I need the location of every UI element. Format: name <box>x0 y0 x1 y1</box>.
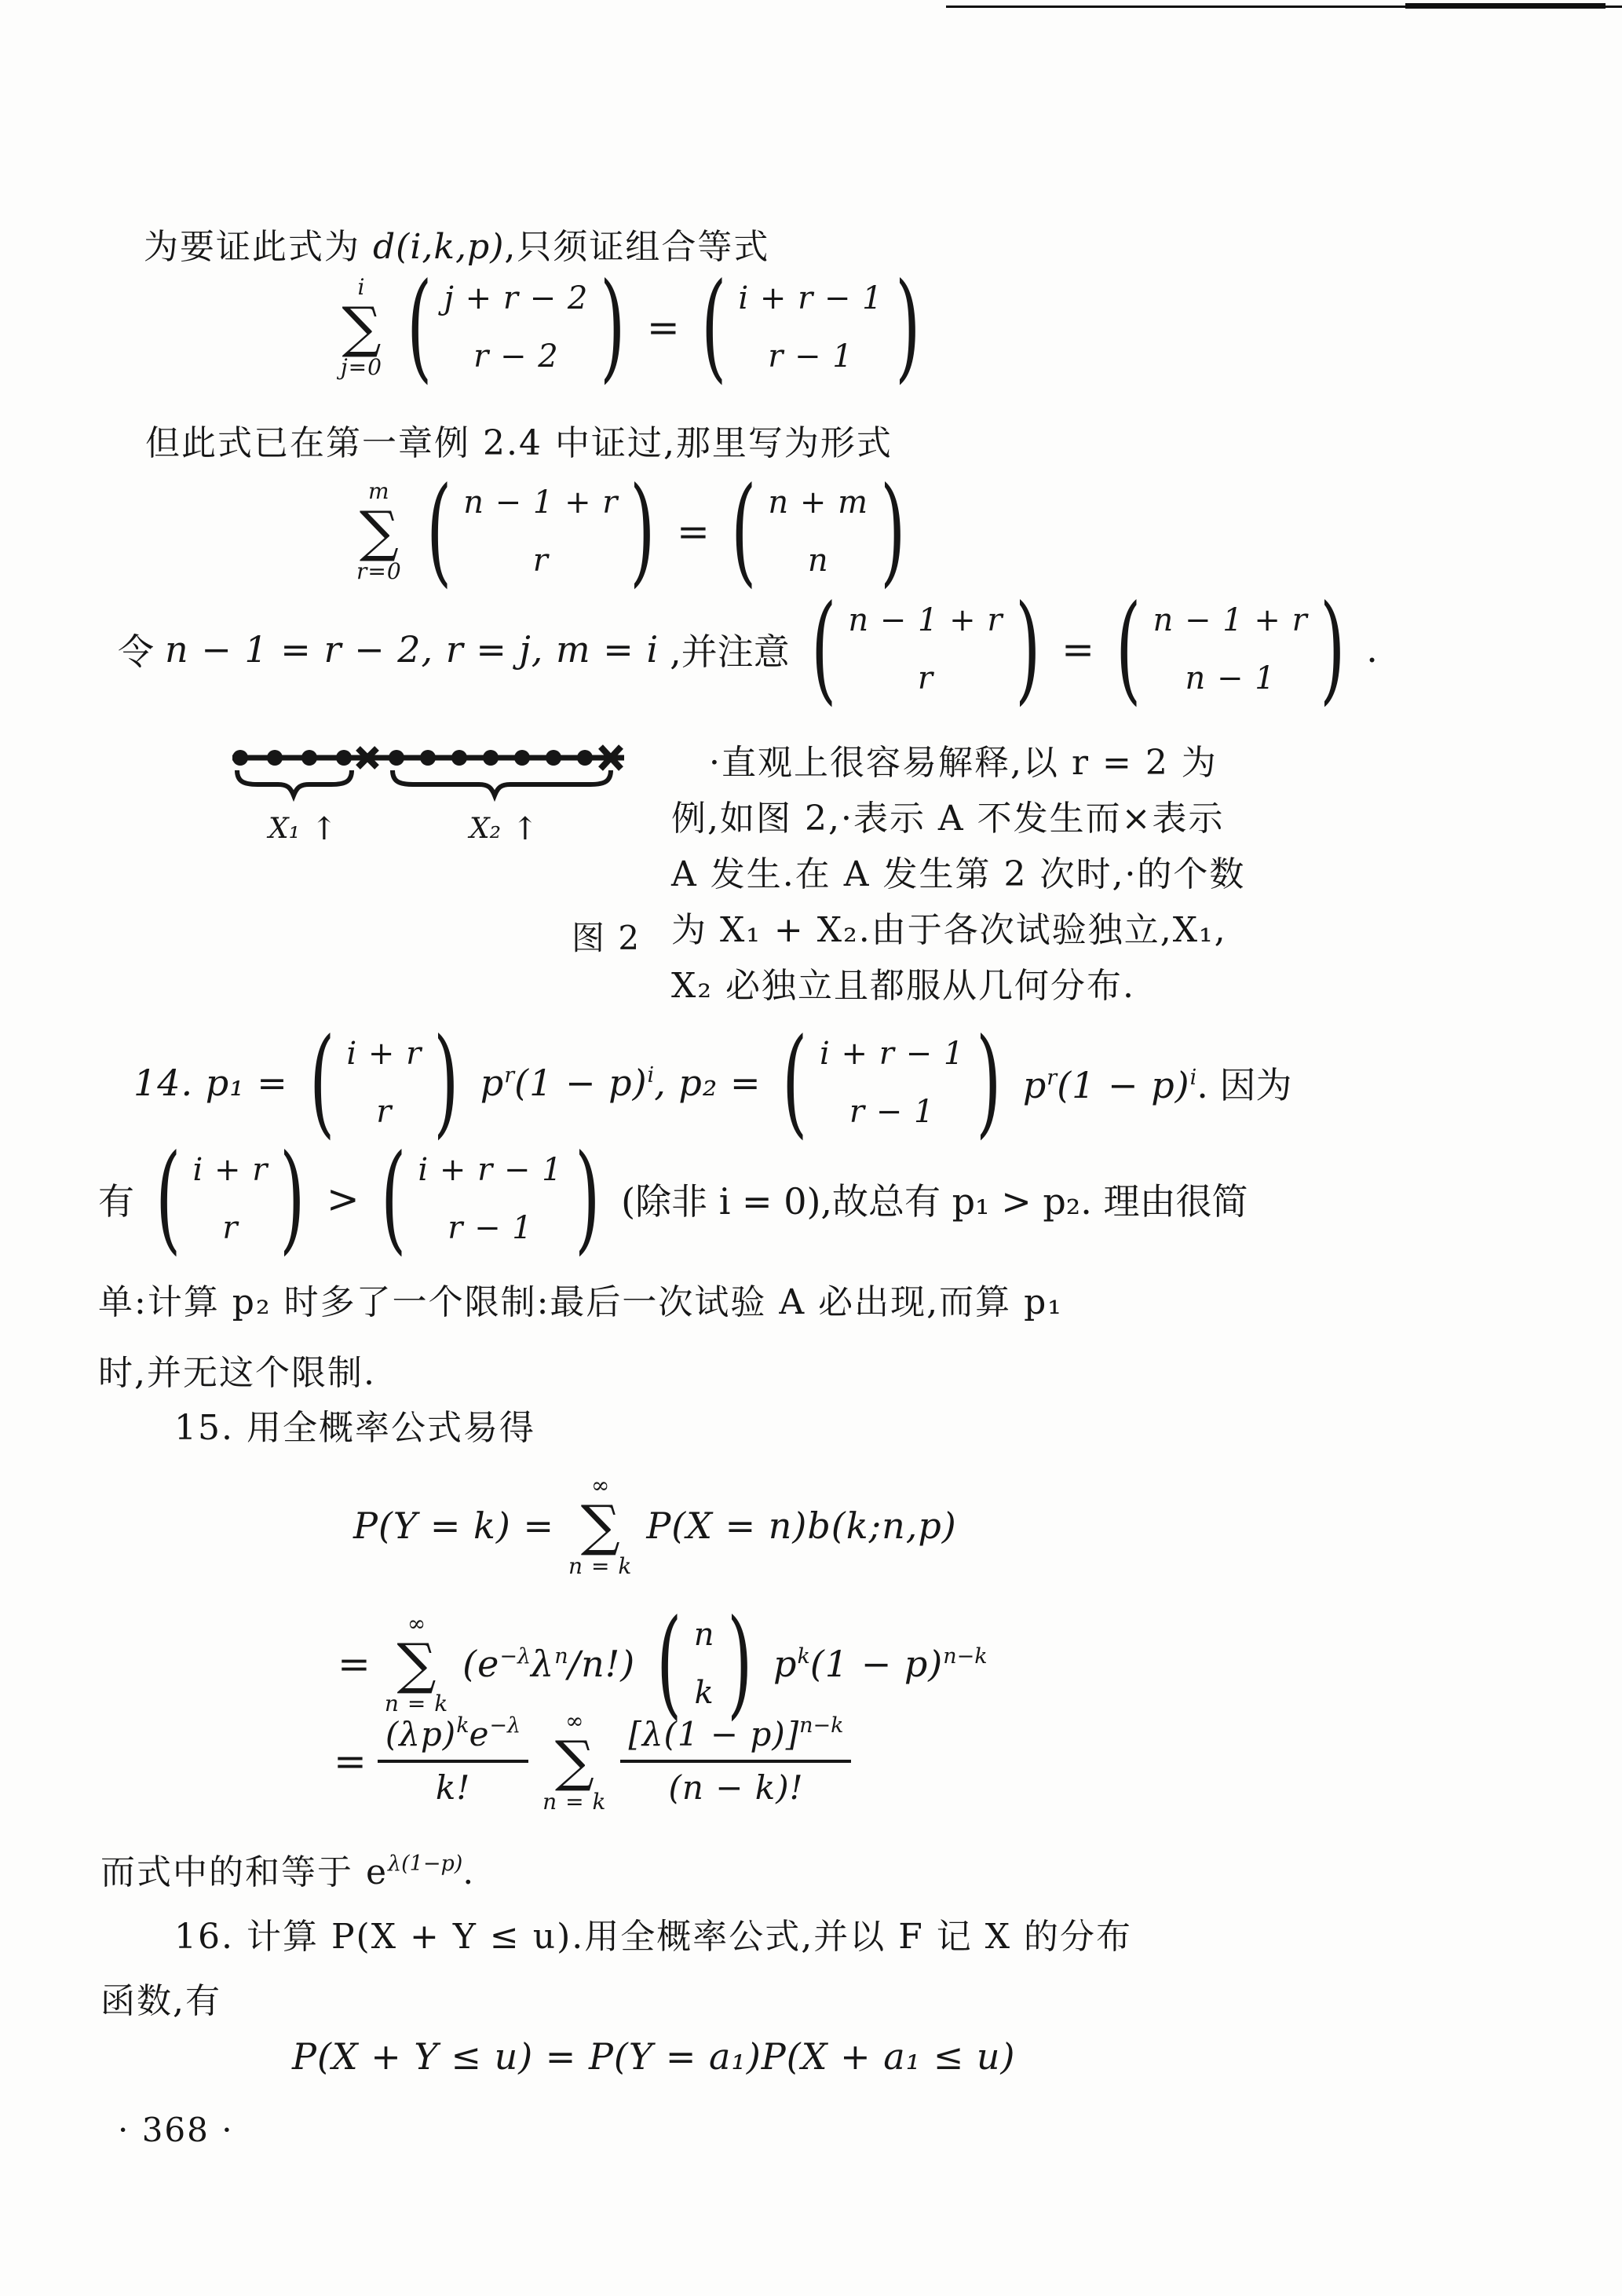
text: (除非 i = 0),故总有 p₁ > p₂. 理由很简 <box>621 1173 1248 1225</box>
math-text: P(X = n)b(k;n,p) <box>646 1504 956 1547</box>
fraction-numerator: [λ(1 − p)]n−k <box>620 1716 851 1753</box>
text: 为要证此式为 <box>144 227 373 267</box>
binomial-top: n − 1 + r <box>1153 605 1308 636</box>
math-text: p <box>480 1062 504 1104</box>
summation: ∞ ∑ n = k <box>385 1613 448 1716</box>
up-arrow-icon: ↑ <box>311 811 338 847</box>
math-text: , p₂ = <box>654 1062 761 1104</box>
binomial-bottom: k <box>694 1677 714 1709</box>
fraction-numerator: (λp)ke−λ <box>378 1716 528 1753</box>
text: ,并注意 <box>670 623 790 675</box>
equals-sign: = <box>1061 627 1094 672</box>
item-15-closing: 而式中的和等于 eλ(1−p). <box>100 1844 475 1894</box>
binomial-coefficient: ( j + r − 2r − 2 ) <box>396 265 636 389</box>
math-text: P(Y = k) = <box>353 1504 554 1547</box>
math-chunk: pr(1 − p)i. 因为 <box>1023 1057 1292 1109</box>
text: 而式中的和等于 e <box>100 1852 388 1892</box>
text: 15. 用全概率公式易得 <box>174 1408 535 1448</box>
text: . 因为 <box>1196 1064 1291 1106</box>
text-line: 为 X₁ + X₂.由于各次试验独立,X₁, <box>671 902 1245 958</box>
item-14-line1: 14. p₁ = ( i + rr ) pr(1 − p)i, p₂ = ( i… <box>133 1021 1291 1145</box>
sum-lower-limit: n = k <box>542 1791 606 1813</box>
binomial-coefficient: ( i + r − 1r − 1 ) <box>371 1137 610 1261</box>
explanation-column: ·直观上很容易解释,以 r = 2 为 例,如图 2,·表示 A 不发生而×表示… <box>671 735 1245 1014</box>
binomial-bottom: r <box>222 1212 238 1244</box>
equals-sign: = <box>334 1738 367 1784</box>
left-paren-icon: ( <box>783 1021 808 1145</box>
binomial-coefficient: ( n − 1 + rr ) <box>801 587 1050 711</box>
superscript: −λ <box>489 1713 521 1738</box>
math-text: /n!) <box>568 1643 636 1685</box>
math-text: p <box>773 1643 797 1685</box>
superscript: n−k <box>943 1644 987 1669</box>
item-16-line1: 16. 计算 P(X + Y ≤ u).用全概率公式,并以 F 记 X 的分布 <box>174 1908 1132 1958</box>
summation: i ∑ j=0 <box>341 276 382 379</box>
underbrace-x1 <box>237 770 352 795</box>
math-chunk: pr(1 − p)i, p₂ = <box>480 1062 762 1104</box>
page-number: · 368 · <box>118 2111 234 2149</box>
math-text: (1 − p) <box>514 1062 647 1104</box>
superscript: r <box>1047 1066 1057 1090</box>
binomial-bottom: r <box>533 545 549 576</box>
binomial-top: i + r − 1 <box>738 283 882 314</box>
right-paren-icon: ) <box>433 1021 458 1145</box>
binomial-top: n <box>694 1619 715 1651</box>
sigma-icon: ∑ <box>397 1638 437 1691</box>
superscript: n−k <box>799 1713 843 1738</box>
sum-lower-limit: n = k <box>568 1556 632 1578</box>
item-14-line3: 单:计算 p₂ 时多了一个限制:最后一次试验 A 必出现,而算 p₁ <box>98 1274 1063 1324</box>
math-chunk: (e−λλn/n!) <box>462 1643 635 1685</box>
left-paren-icon: ( <box>426 470 451 594</box>
item-14-line2: 有 ( i + rr ) > ( i + r − 1r − 1 ) (除非 i … <box>98 1137 1248 1261</box>
superscript: λ(1−p) <box>388 1852 462 1876</box>
left-paren-icon: ( <box>1116 587 1141 711</box>
formula-factored-sum: = (λp)ke−λ k! ∞ ∑ n = k [λ(1 − p)]n−k (n… <box>334 1710 851 1813</box>
binomial-bottom: r − 1 <box>448 1212 533 1244</box>
binomial-bottom: r <box>376 1096 392 1128</box>
text: 令 <box>118 623 154 675</box>
binomial-coefficient: ( nk ) <box>646 1602 762 1726</box>
scan-artifact-line <box>1405 3 1606 9</box>
text: 但此式已在第一章例 2.4 中证过,那里写为形式 <box>145 423 893 463</box>
item-16-line2: 函数,有 <box>100 1972 221 2023</box>
scanned-page: 为要证此式为 d(i,k,p),只须证组合等式 i ∑ j=0 ( j + r … <box>0 0 1622 2296</box>
text-line: ·直观上很容易解释,以 r = 2 为 <box>671 735 1245 791</box>
binomial-top: n − 1 + r <box>463 487 618 518</box>
math-text: (λp) <box>385 1715 456 1753</box>
math-text: d(i,k,p) <box>373 227 504 267</box>
paragraph-intro: 为要证此式为 d(i,k,p),只须证组合等式 <box>144 218 769 269</box>
binomial-coefficient: ( n − 1 + rr ) <box>416 470 666 594</box>
binomial-bottom: r − 1 <box>768 341 853 372</box>
equals-sign: = <box>677 509 710 554</box>
summation: ∞ ∑ n = k <box>542 1710 606 1813</box>
superscript: −λ <box>499 1644 531 1669</box>
fraction: [λ(1 − p)]n−k (n − k)! <box>620 1716 851 1808</box>
text: 函数,有 <box>100 1981 221 2021</box>
right-paren-icon: ) <box>1015 587 1040 711</box>
math-text: (1 − p) <box>810 1643 943 1685</box>
binomial-bottom: r − 2 <box>473 341 559 372</box>
right-paren-icon: ) <box>880 470 905 594</box>
text: 单:计算 p₂ 时多了一个限制:最后一次试验 A 必出现,而算 p₁ <box>98 1282 1063 1322</box>
math-text: e <box>469 1715 490 1753</box>
fraction-bar <box>378 1760 528 1763</box>
binomial-top: i + r <box>346 1038 422 1069</box>
math-text: [λ(1 − p)] <box>628 1715 799 1753</box>
text-line: 例,如图 2,·表示 A 不发生而×表示 <box>671 791 1245 846</box>
text: 时,并无这个限制. <box>98 1353 376 1393</box>
left-paren-icon: ( <box>811 587 836 711</box>
sigma-icon: ∑ <box>360 506 399 558</box>
fraction-denominator: (n − k)! <box>660 1769 811 1807</box>
fraction-bar <box>620 1760 851 1763</box>
item-14-line4: 时,并无这个限制. <box>98 1344 376 1395</box>
right-paren-icon: ) <box>280 1137 305 1261</box>
binomial-bottom: n <box>808 545 829 576</box>
item-15-heading: 15. 用全概率公式易得 <box>174 1399 535 1450</box>
formula-convolution: P(X + Y ≤ u) = P(Y = a₁)P(X + a₁ ≤ u) <box>292 2035 1015 2078</box>
text: . <box>462 1852 475 1892</box>
math-chunk: pk(1 − p)n−k <box>773 1643 988 1685</box>
sum-lower-limit: r=0 <box>356 561 402 583</box>
left-paren-icon: ( <box>381 1137 406 1261</box>
figure-caption: 图 2 <box>572 912 641 960</box>
superscript: i <box>648 1063 655 1088</box>
formula-combinatorial-identity: i ∑ j=0 ( j + r − 2r − 2 ) = ( i + r − 1… <box>338 265 930 389</box>
formula-rewritten-identity: m ∑ r=0 ( n − 1 + rr ) = ( n + mn ) <box>353 470 916 594</box>
binomial-coefficient: ( i + r − 1r − 1 ) <box>691 265 930 389</box>
summation: ∞ ∑ n = k <box>568 1475 632 1578</box>
right-paren-icon: ) <box>895 265 920 389</box>
equals-sign: = <box>647 305 680 350</box>
binomial-top: i + r − 1 <box>418 1154 562 1186</box>
binomial-top: n + m <box>768 487 868 518</box>
text: · 368 · <box>118 2111 234 2149</box>
formula-poisson-binomial: = ∞ ∑ n = k (e−λλn/n!) ( nk ) pk(1 − p)n… <box>338 1602 988 1726</box>
right-paren-icon: ) <box>575 1137 600 1261</box>
text-line: A 发生.在 A 发生第 2 次时,·的个数 <box>671 846 1245 902</box>
left-paren-icon: ( <box>155 1137 181 1261</box>
binomial-top: n − 1 + r <box>848 605 1003 636</box>
formula-total-probability: P(Y = k) = ∞ ∑ n = k P(X = n)b(k;n,p) <box>353 1475 957 1578</box>
figure-trials-diagram: X₁ ↑ X₂ ↑ <box>228 734 636 860</box>
superscript: k <box>797 1644 809 1669</box>
binomial-coefficient: ( n − 1 + rn − 1 ) <box>1105 587 1355 711</box>
text: 16. 计算 P(X + Y ≤ u).用全概率公式,并以 F 记 X 的分布 <box>174 1917 1132 1957</box>
right-paren-icon: ) <box>727 1602 752 1726</box>
left-paren-icon: ( <box>309 1021 334 1145</box>
sigma-icon: ∑ <box>342 302 381 354</box>
sigma-icon: ∑ <box>581 1500 620 1552</box>
binomial-coefficient: ( i + rr ) <box>299 1021 469 1145</box>
text: 有 <box>98 1173 134 1225</box>
left-paren-icon: ( <box>731 470 756 594</box>
right-paren-icon: ) <box>630 470 656 594</box>
right-paren-icon: ) <box>1320 587 1345 711</box>
left-paren-icon: ( <box>407 265 432 389</box>
text-line: X₂ 必独立且都服从几何分布. <box>671 958 1245 1014</box>
binomial-bottom: r <box>918 663 933 694</box>
math-text: λ <box>531 1643 554 1685</box>
right-paren-icon: ) <box>976 1021 1001 1145</box>
superscript: i <box>1190 1066 1197 1090</box>
paragraph-reference: 但此式已在第一章例 2.4 中证过,那里写为形式 <box>145 415 893 465</box>
math-text: P(X + Y ≤ u) = P(Y = a₁)P(X + a₁ ≤ u) <box>292 2035 1015 2078</box>
fraction-denominator: k! <box>428 1769 478 1807</box>
math-text: p <box>1023 1064 1047 1106</box>
sum-lower-limit: j=0 <box>341 356 382 378</box>
superscript: r <box>504 1063 514 1088</box>
math-text: (e <box>462 1643 499 1685</box>
underbrace-x2 <box>393 770 611 795</box>
summation: m ∑ r=0 <box>356 481 402 583</box>
binomial-top: i + r − 1 <box>820 1038 964 1069</box>
binomial-coefficient: ( n + mn ) <box>721 470 916 594</box>
left-paren-icon: ( <box>656 1602 681 1726</box>
text: 图 2 <box>572 919 641 957</box>
math-text: n − 1 = r − 2, r = j, m = i <box>165 628 659 671</box>
binomial-coefficient: ( i + r − 1r − 1 ) <box>772 1021 1011 1145</box>
label-x1: X₁ <box>266 813 300 845</box>
math-text: (1 − p) <box>1057 1064 1189 1106</box>
up-arrow-icon: ↑ <box>512 811 539 847</box>
superscript: k <box>456 1713 469 1738</box>
binomial-bottom: r − 1 <box>849 1096 935 1128</box>
label-x2: X₂ <box>467 813 501 845</box>
paragraph-substitution: 令 n − 1 = r − 2, r = j, m = i ,并注意 ( n −… <box>118 587 1378 711</box>
left-paren-icon: ( <box>701 265 726 389</box>
text: ,只须证组合等式 <box>504 227 769 267</box>
right-paren-icon: ) <box>601 265 626 389</box>
binomial-top: i + r <box>193 1154 269 1186</box>
text: . <box>1366 628 1378 671</box>
math-text: 14. p₁ = <box>133 1062 288 1104</box>
binomial-bottom: n − 1 <box>1185 663 1276 694</box>
binomial-top: j + r − 2 <box>444 283 589 314</box>
binomial-coefficient: ( i + rr ) <box>145 1137 316 1261</box>
equals-sign: = <box>338 1641 371 1687</box>
superscript: n <box>554 1644 568 1669</box>
sigma-icon: ∑ <box>555 1735 594 1788</box>
fraction: (λp)ke−λ k! <box>378 1716 528 1808</box>
greater-than-sign: > <box>327 1176 360 1222</box>
